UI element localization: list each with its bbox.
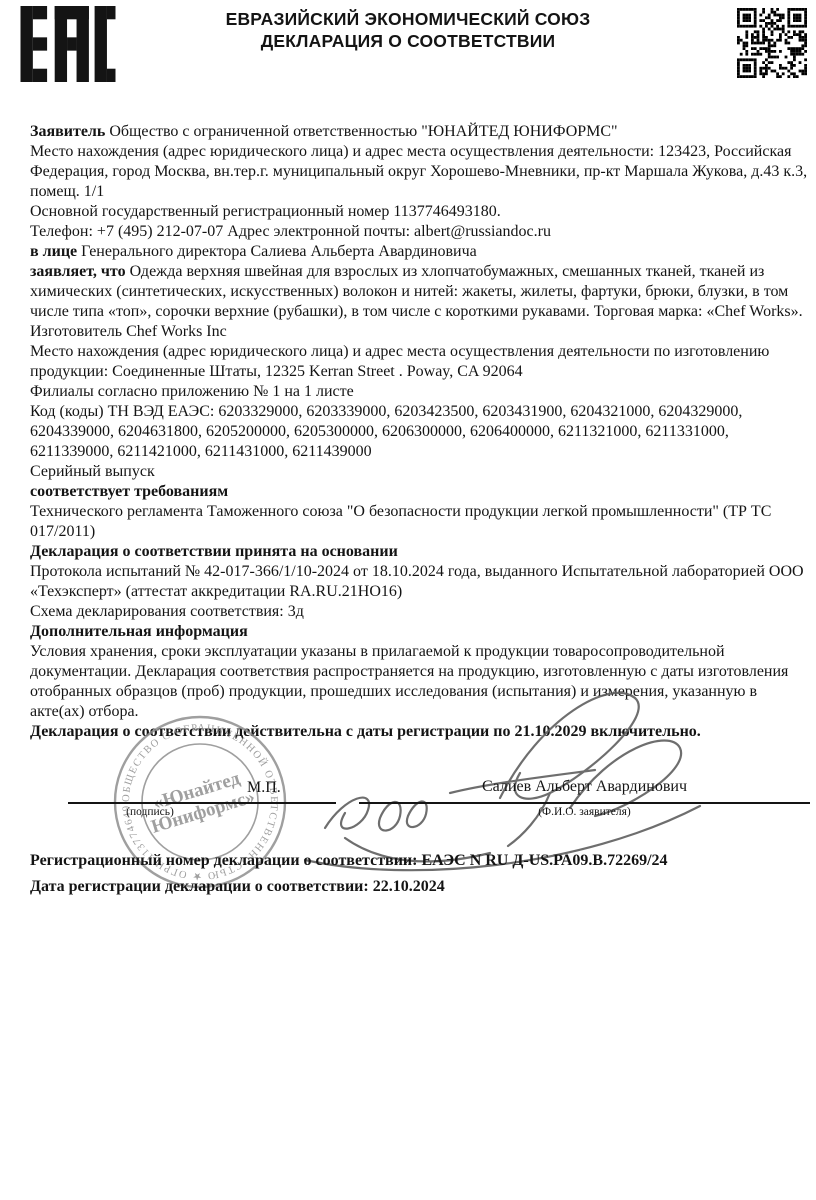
scheme-line: Схема декларирования соответствия: 3д: [30, 602, 810, 622]
applicant-contacts: Телефон: +7 (495) 212-07-07 Адрес электр…: [30, 222, 810, 242]
document-title: ДЕКЛАРАЦИЯ О СООТВЕТСТВИИ: [120, 31, 696, 53]
document-body: Заявитель Общество с ограниченной ответс…: [30, 122, 810, 742]
basis-heading: Декларация о соответствии принята на осн…: [30, 542, 810, 562]
basis-protocol: Протокола испытаний № 42-017-366/1/10-20…: [30, 562, 810, 602]
regulation-text: Технического регламента Таможенного союз…: [30, 502, 810, 542]
signature-caption: (подпись): [95, 806, 205, 818]
applicant-label: Заявитель: [30, 123, 105, 140]
applicant-fullname: Салиев Альберт Авардинович: [359, 778, 810, 796]
mp-mark: М.П.: [247, 779, 281, 797]
eac-logo-icon: [20, 6, 116, 82]
union-title: ЕВРАЗИЙСКИЙ ЭКОНОМИЧЕСКИЙ СОЮЗ: [120, 9, 696, 31]
applicant-line: Заявитель Общество с ограниченной ответс…: [30, 122, 810, 142]
qr-code-icon: [737, 8, 807, 78]
declares-label: заявляет, что: [30, 263, 126, 280]
declaration-document: ЕВРАЗИЙСКИЙ ЭКОНОМИЧЕСКИЙ СОЮЗ ДЕКЛАРАЦИ…: [0, 0, 816, 1200]
declares-line: заявляет, что Одежда верхняя швейная для…: [30, 262, 810, 322]
applicant-ogrn: Основной государственный регистрационный…: [30, 202, 810, 222]
manufacturer-line: Изготовитель Chef Works Inc: [30, 322, 810, 342]
in-person-label: в лице: [30, 243, 77, 260]
branches-line: Филиалы согласно приложению № 1 на 1 лис…: [30, 382, 810, 402]
registration-number-line: Регистрационный номер декларации о соотв…: [30, 852, 810, 870]
fullname-line: [359, 802, 810, 804]
signature-line: [68, 802, 336, 804]
additional-heading: Дополнительная информация: [30, 622, 810, 642]
manufacturer-address: Место нахождения (адрес юридического лиц…: [30, 342, 810, 382]
applicant-address: Место нахождения (адрес юридического лиц…: [30, 142, 810, 202]
complies-heading: соответствует требованиям: [30, 482, 810, 502]
fullname-caption: (Ф.И.О. заявителя): [359, 806, 810, 818]
registration-date-line: Дата регистрации декларации о соответств…: [30, 878, 810, 896]
tnved-codes: Код (коды) ТН ВЭД ЕАЭС: 6203329000, 6203…: [30, 402, 810, 462]
release-type: Серийный выпуск: [30, 462, 810, 482]
document-header: ЕВРАЗИЙСКИЙ ЭКОНОМИЧЕСКИЙ СОЮЗ ДЕКЛАРАЦИ…: [120, 9, 696, 52]
in-person-line: в лице Генерального директора Салиева Ал…: [30, 242, 810, 262]
